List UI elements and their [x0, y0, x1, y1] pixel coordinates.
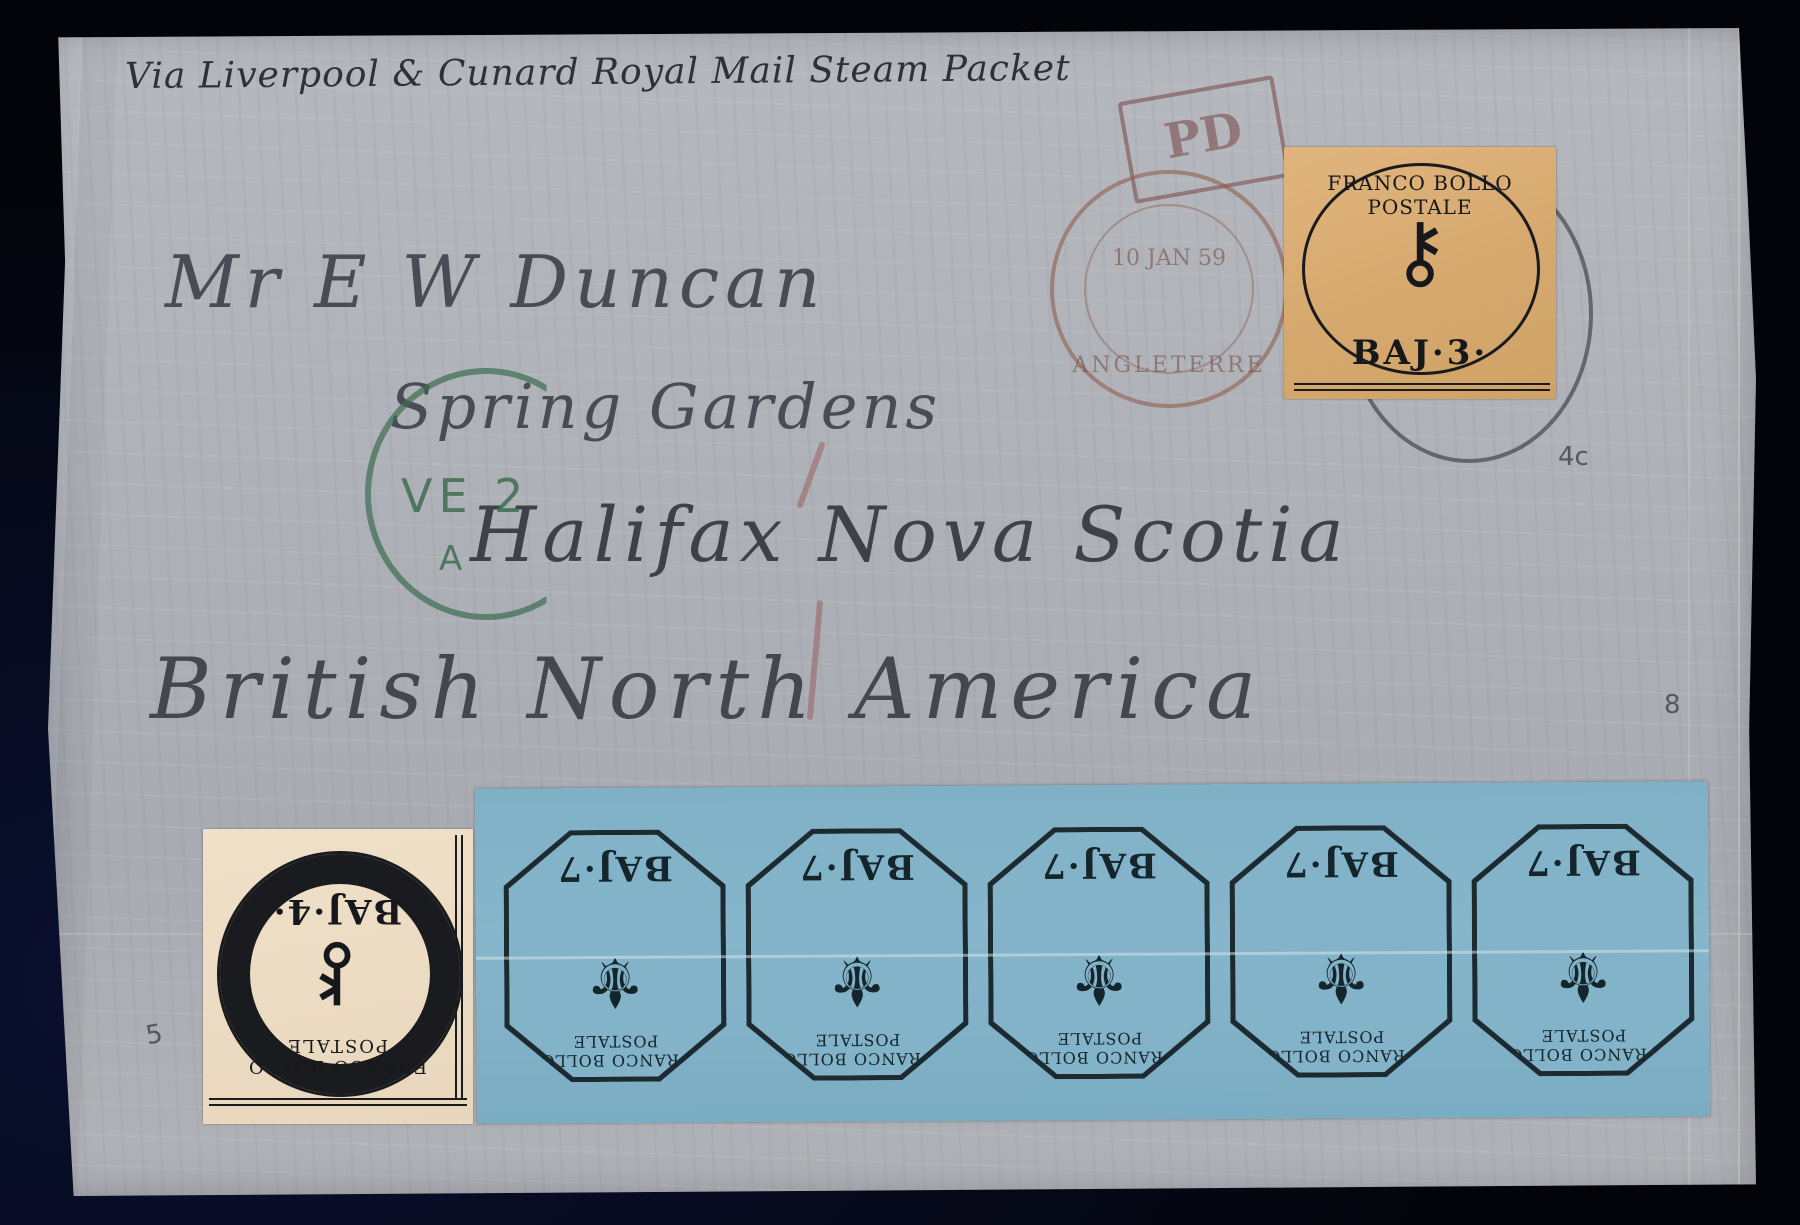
stamp-baj3: FRANCO BOLLO POSTALE ⚷ BAJ·3·: [1284, 147, 1556, 399]
stamp-value: BAJ·7: [1229, 843, 1451, 884]
stamp-design-inverted: FRANCO BOLLO POSTALE ⚷ BAJ·4·: [217, 851, 457, 1091]
stamp-strip-baj7: BAJ·7 ⚜ FRANCO BOLLO POSTALE BAJ·7 ⚜ FRA…: [475, 781, 1710, 1124]
handstamp-line-1: VE 2: [401, 469, 529, 523]
pencil-note-number: 8: [1664, 690, 1681, 720]
routing-note: Via Liverpool & Cunard Royal Mail Steam …: [125, 48, 1071, 97]
address-line-country: British North America: [150, 640, 1264, 738]
stamp-inscription: FRANCO BOLLO POSTALE: [1472, 1025, 1694, 1064]
stamp-value: BAJ·7: [987, 844, 1209, 885]
stamp-border-rule: [209, 1098, 467, 1106]
crossed-keys-icon: ⚷: [217, 931, 457, 1021]
stamp-value: BAJ·7: [1471, 841, 1693, 882]
pencil-note-rate: 4c: [1558, 442, 1589, 472]
stamp-baj4: FRANCO BOLLO POSTALE ⚷ BAJ·4·: [203, 829, 473, 1124]
crossed-keys-icon: ⚷: [1284, 207, 1556, 297]
stamp-value: BAJ·4·: [217, 891, 457, 931]
stamp-side-rule: [455, 835, 463, 1100]
stamp-inscription: FRANCO BOLLO POSTALE: [746, 1030, 968, 1069]
tiara-keys-icon: ⚜: [504, 939, 727, 1024]
stamp-inscription: FRANCO BOLLO POSTALE: [504, 1031, 726, 1070]
stamp-value: BAJ·7: [745, 846, 967, 887]
datestamp-date: 10 JAN 59: [1054, 246, 1284, 271]
datestamp-origin: ANGLETERRE: [1054, 353, 1284, 378]
tiara-keys-icon: ⚜: [988, 936, 1211, 1021]
datestamp-inner-ring: [1084, 204, 1254, 374]
handstamp-line-2: A: [439, 539, 462, 579]
tiara-keys-icon: ⚜: [1472, 933, 1695, 1018]
stamp-inscription: FRANCO BOLLO POSTALE: [217, 1035, 457, 1077]
address-line-city: Halifax Nova Scotia: [470, 490, 1350, 579]
stamp-value: BAJ·7: [503, 847, 725, 888]
stamp-border-rule: [1294, 383, 1550, 391]
tiara-keys-icon: ⚜: [746, 938, 969, 1023]
address-line-name: Mr E W Duncan: [165, 240, 826, 324]
stamp-inscription: FRANCO BOLLO POSTALE: [988, 1028, 1210, 1067]
fold-line: [1738, 28, 1740, 1196]
stamp-inscription: FRANCO BOLLO POSTALE: [1230, 1027, 1452, 1066]
red-circular-datestamp: 10 JAN 59 ANGLETERRE: [1050, 170, 1288, 408]
tiara-keys-icon: ⚜: [1230, 935, 1453, 1020]
stamp-value: BAJ·3·: [1284, 333, 1556, 373]
